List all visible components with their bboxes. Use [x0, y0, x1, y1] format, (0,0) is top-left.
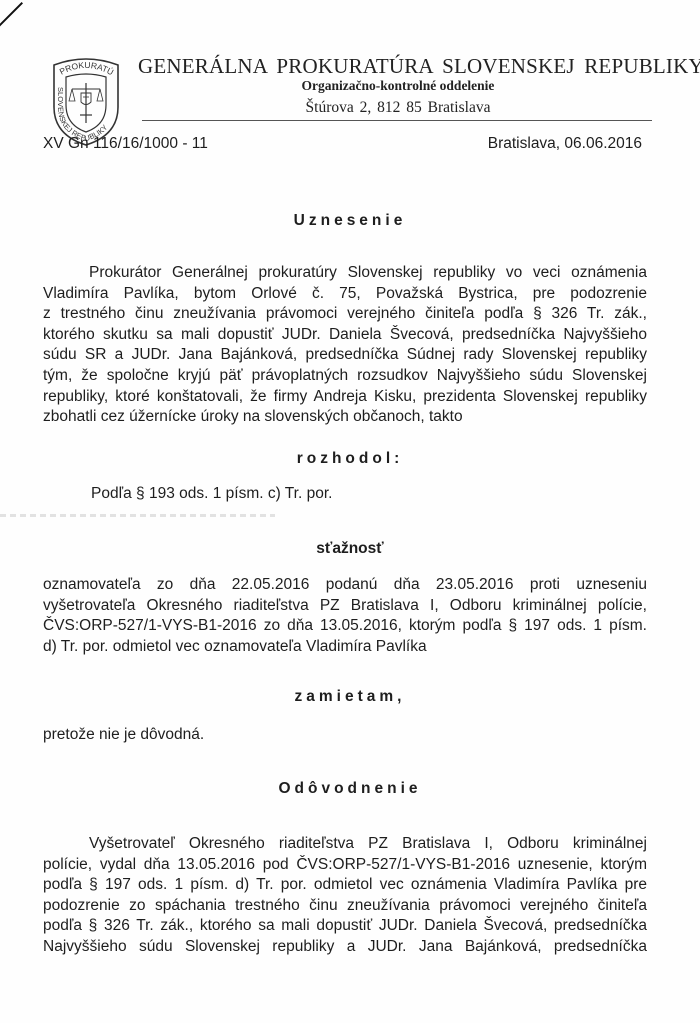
text-line: podozrenie zo spáchania trestného činu z… — [43, 896, 647, 917]
verdict-reason: pretože nie je dôvodná. — [43, 726, 204, 744]
place-and-date: Bratislava, 06.06.2016 — [488, 135, 642, 153]
decision-heading: rozhodol: — [0, 450, 700, 468]
text-line: Vladimíra Pavlíka, bytom Orlové č. 75, P… — [43, 284, 647, 305]
text-line: podľa § 197 ods. 1 písm. d) Tr. por. odm… — [43, 875, 647, 896]
text-line: vyšetrovateľa Okresného riaditeľstva PZ … — [43, 596, 647, 617]
text-line: polície, vydal dňa 13.05.2016 pod ČVS:OR… — [43, 855, 647, 876]
text-line: podľa § 326 Tr. zák., ktorého sa mali do… — [43, 916, 647, 937]
text-line: d) Tr. por. odmietol vec oznamovateľa Vl… — [43, 637, 647, 658]
institution-address: Štúrova 2, 812 85 Bratislava — [140, 99, 656, 117]
department-name: Organizačno-kontrolné oddelenie — [140, 78, 656, 94]
intro-paragraph: Prokurátor Generálnej prokuratúry Sloven… — [43, 263, 647, 428]
complaint-paragraph: oznamovateľa zo dňa 22.05.2016 podanú dň… — [43, 575, 647, 657]
text-line: Vyšetrovateľ Okresného riaditeľstva PZ B… — [43, 834, 647, 855]
faded-stamp-line — [0, 514, 275, 517]
institution-name: GENERÁLNA PROKURATÚRA SLOVENSKEJ REPUBLI… — [138, 54, 658, 79]
reasoning-heading: Odôvodnenie — [0, 780, 700, 798]
text-line: Prokurátor Generálnej prokuratúry Sloven… — [43, 263, 647, 284]
complaint-heading: sťažnosť — [0, 540, 700, 558]
text-line: zbohatli cez úžernícke úroky na slovensk… — [43, 407, 647, 428]
text-line: republiky, ktoré konštatovali, že firmy … — [43, 387, 647, 408]
text-line: tým, že spoločne kryjú päť právoplatných… — [43, 366, 647, 387]
text-line: Najvyššieho súdu Slovenskej republiky a … — [43, 937, 647, 958]
state-seal-icon: PROKURATÚRA SLOVENSKEJ REPUBLIKY — [46, 55, 126, 147]
document-title: Uznesenie — [0, 212, 700, 230]
reasoning-paragraph: Vyšetrovateľ Okresného riaditeľstva PZ B… — [43, 834, 647, 958]
staple-mark — [0, 2, 23, 32]
text-line: oznamovateľa zo dňa 22.05.2016 podanú dň… — [43, 575, 647, 596]
text-line: z trestného činu zneužívania právomoci v… — [43, 304, 647, 325]
legal-basis: Podľa § 193 ods. 1 písm. c) Tr. por. — [91, 485, 332, 503]
faded-stamp — [345, 505, 565, 531]
file-number: XV Gn 116/16/1000 - 11 — [43, 135, 208, 153]
text-line: súdu SR a JUDr. Jana Bajánková, predsedn… — [43, 345, 647, 366]
verdict-heading: zamietam, — [0, 688, 700, 706]
header-divider — [142, 120, 652, 121]
text-line: ČVS:ORP-527/1-VYS-B1-2016 zo dňa 13.05.2… — [43, 616, 647, 637]
document-page: PROKURATÚRA SLOVENSKEJ REPUBLIKY GENERÁL… — [0, 0, 700, 1023]
text-line: ktorého skutku sa mali dopustiť JUDr. Da… — [43, 325, 647, 346]
